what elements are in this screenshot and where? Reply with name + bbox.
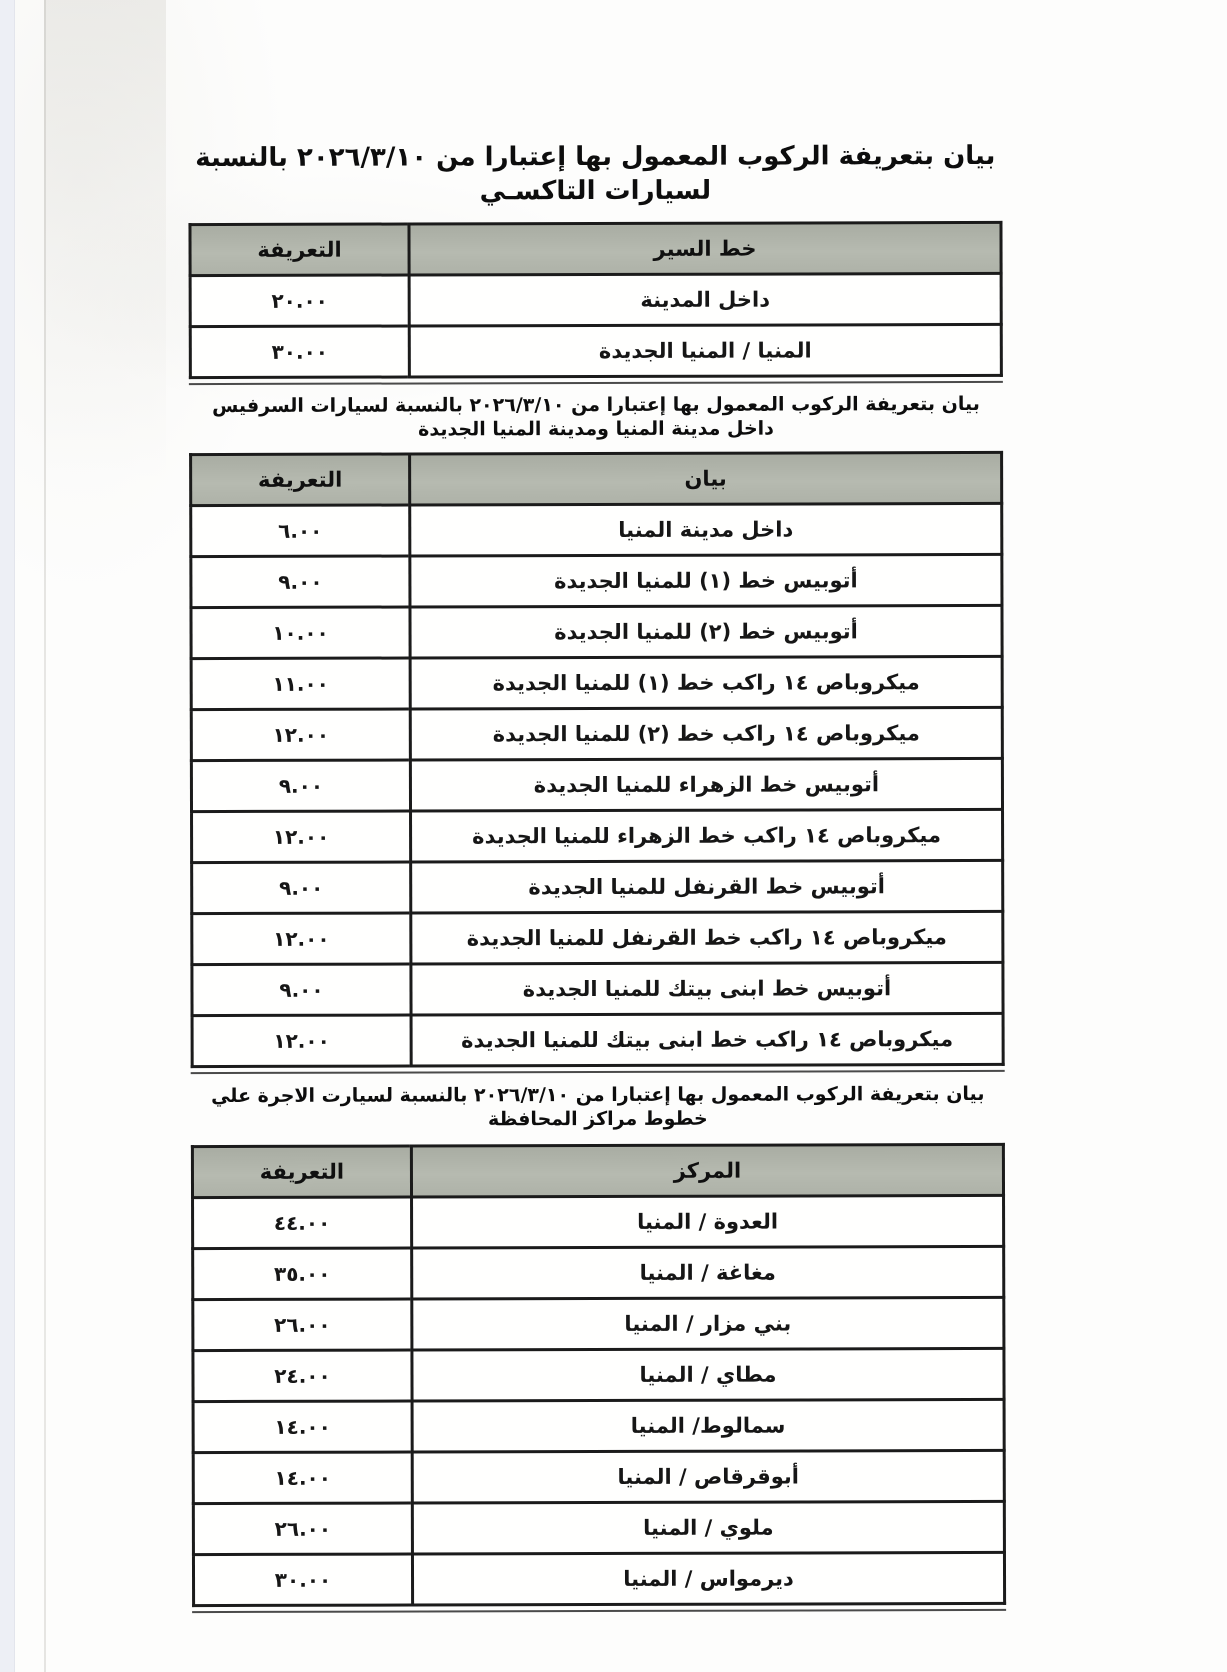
screen-edge-strip: [0, 0, 15, 1672]
table-row: ديرمواس / المنيا٣٠.٠٠: [193, 1552, 1004, 1605]
fare-cell: ٩.٠٠: [191, 556, 410, 608]
table-row: أتوبيس خط (١) للمنيا الجديدة٩.٠٠: [191, 554, 1002, 607]
table-row: داخل مدينة المنيا٦.٠٠: [191, 503, 1002, 556]
route-cell: بني مزار / المنيا: [412, 1297, 1004, 1350]
column-header-fare: التعريفة: [191, 454, 410, 506]
route-cell: ميكروباص ١٤ راكب خط ابنى بيتك للمنيا الج…: [411, 1013, 1003, 1066]
route-cell: أتوبيس خط ابنى بيتك للمنيا الجديدة: [411, 962, 1003, 1015]
fare-cell: ٣٥.٠٠: [193, 1248, 412, 1300]
fare-cell: ٩.٠٠: [192, 862, 411, 914]
route-cell: المنيا / المنيا الجديدة: [409, 324, 1001, 377]
table-row: مغاغة / المنيا٣٥.٠٠: [193, 1246, 1004, 1299]
fare-cell: ٢٦.٠٠: [193, 1299, 412, 1351]
taxi-fares-title: بيان بتعريفة الركوب المعمول بها إعتبارا …: [188, 139, 1002, 209]
route-cell: ميكروباص ١٤ راكب خط (١) للمنيا الجديدة: [410, 656, 1002, 709]
fare-cell: ١٢.٠٠: [192, 1015, 411, 1067]
fare-cell: ١٢.٠٠: [191, 709, 410, 761]
route-cell: ميكروباص ١٤ راكب خط الزهراء للمنيا الجدي…: [410, 809, 1002, 862]
table-row: داخل المدينة٢٠.٠٠: [190, 273, 1001, 326]
taxi-fares-table-frame: خط السير التعريفة داخل المدينة٢٠.٠٠المني…: [188, 221, 1002, 385]
fare-cell: ٤٤.٠٠: [193, 1197, 412, 1249]
header-row: بيان التعريفة: [191, 452, 1002, 505]
column-header-fare: التعريفة: [192, 1146, 411, 1198]
fare-cell: ٣٠.٠٠: [190, 326, 409, 378]
table-row: أتوبيس خط الزهراء للمنيا الجديدة٩.٠٠: [191, 758, 1002, 811]
fare-cell: ١٤.٠٠: [193, 1401, 412, 1453]
scanned-document: بيان بتعريفة الركوب المعمول بها إعتبارا …: [188, 0, 1006, 1613]
fare-cell: ٢٦.٠٠: [193, 1503, 412, 1555]
fare-cell: ١٤.٠٠: [193, 1452, 412, 1504]
route-cell: مغاغة / المنيا: [412, 1246, 1004, 1299]
table-row: ميكروباص ١٤ راكب خط (٢) للمنيا الجديدة١٢…: [191, 707, 1002, 760]
table-row: أتوبيس خط ابنى بيتك للمنيا الجديدة٩.٠٠: [192, 962, 1003, 1015]
column-header-center: المركز: [411, 1144, 1003, 1197]
fare-cell: ١٠.٠٠: [191, 607, 410, 659]
table-row: ميكروباص ١٤ راكب خط ابنى بيتك للمنيا الج…: [192, 1013, 1003, 1066]
fare-cell: ٩.٠٠: [191, 760, 410, 812]
route-cell: مطاي / المنيا: [412, 1348, 1004, 1401]
table-row: ميكروباص ١٤ راكب خط الزهراء للمنيا الجدي…: [192, 809, 1003, 862]
table-row: المنيا / المنيا الجديدة٣٠.٠٠: [190, 324, 1001, 377]
fare-cell: ٢٠.٠٠: [190, 275, 409, 327]
header-row: خط السير التعريفة: [190, 222, 1001, 275]
route-cell: العدوة / المنيا: [412, 1195, 1004, 1248]
table-row: ميكروباص ١٤ راكب خط (١) للمنيا الجديدة١١…: [191, 656, 1002, 709]
fare-cell: ٢٤.٠٠: [193, 1350, 412, 1402]
route-cell: داخل مدينة المنيا: [410, 503, 1002, 556]
fare-cell: ٩.٠٠: [192, 964, 411, 1016]
route-cell: أتوبيس خط (٢) للمنيا الجديدة: [410, 605, 1002, 658]
service-fares-table-frame: بيان التعريفة داخل مدينة المنيا٦.٠٠أتوبي…: [189, 451, 1005, 1074]
table-row: أبوقرقاص / المنيا١٤.٠٠: [193, 1450, 1004, 1503]
table-row: ملوي / المنيا٢٦.٠٠: [193, 1501, 1004, 1554]
table-row: سمالوط/ المنيا١٤.٠٠: [193, 1399, 1004, 1452]
route-cell: ميكروباص ١٤ راكب خط (٢) للمنيا الجديدة: [410, 707, 1002, 760]
taxi-fares-table: خط السير التعريفة داخل المدينة٢٠.٠٠المني…: [188, 221, 1002, 379]
table-row: ميكروباص ١٤ راكب خط القرنفل للمنيا الجدي…: [192, 911, 1003, 964]
table-row: مطاي / المنيا٢٤.٠٠: [193, 1348, 1004, 1401]
route-cell: ملوي / المنيا: [412, 1501, 1004, 1554]
table-row: العدوة / المنيا٤٤.٠٠: [193, 1195, 1004, 1248]
route-cell: أتوبيس خط القرنفل للمنيا الجديدة: [411, 860, 1003, 913]
service-fares-table: بيان التعريفة داخل مدينة المنيا٦.٠٠أتوبي…: [189, 451, 1005, 1068]
table-row: بني مزار / المنيا٢٦.٠٠: [193, 1297, 1004, 1350]
table-row: أتوبيس خط القرنفل للمنيا الجديدة٩.٠٠: [192, 860, 1003, 913]
fare-cell: ٣٠.٠٠: [193, 1554, 412, 1606]
route-cell: أبوقرقاص / المنيا: [412, 1450, 1004, 1503]
column-header-route: خط السير: [409, 222, 1001, 275]
district-fares-title: بيان بتعريفة الركوب المعمول بها إعتبارا …: [191, 1082, 1005, 1132]
service-fares-title: بيان بتعريفة الركوب المعمول بها إعتبارا …: [189, 392, 1003, 442]
fare-cell: ١١.٠٠: [191, 658, 410, 710]
fare-cell: ١٢.٠٠: [192, 811, 411, 863]
route-cell: سمالوط/ المنيا: [412, 1399, 1004, 1452]
header-row: المركز التعريفة: [192, 1144, 1003, 1197]
column-header-statement: بيان: [410, 452, 1002, 505]
route-cell: ميكروباص ١٤ راكب خط القرنفل للمنيا الجدي…: [411, 911, 1003, 964]
route-cell: أتوبيس خط (١) للمنيا الجديدة: [410, 554, 1002, 607]
column-header-fare: التعريفة: [190, 224, 409, 276]
scan-smudge: [46, 0, 166, 480]
route-cell: ديرمواس / المنيا: [412, 1552, 1004, 1605]
district-fares-table: المركز التعريفة العدوة / المنيا٤٤.٠٠مغاغ…: [191, 1143, 1006, 1607]
fare-cell: ١٢.٠٠: [192, 913, 411, 965]
table-row: أتوبيس خط (٢) للمنيا الجديدة١٠.٠٠: [191, 605, 1002, 658]
fare-cell: ٦.٠٠: [191, 505, 410, 557]
route-cell: داخل المدينة: [409, 273, 1001, 326]
district-fares-table-frame: المركز التعريفة العدوة / المنيا٤٤.٠٠مغاغ…: [191, 1143, 1006, 1613]
route-cell: أتوبيس خط الزهراء للمنيا الجديدة: [410, 758, 1002, 811]
